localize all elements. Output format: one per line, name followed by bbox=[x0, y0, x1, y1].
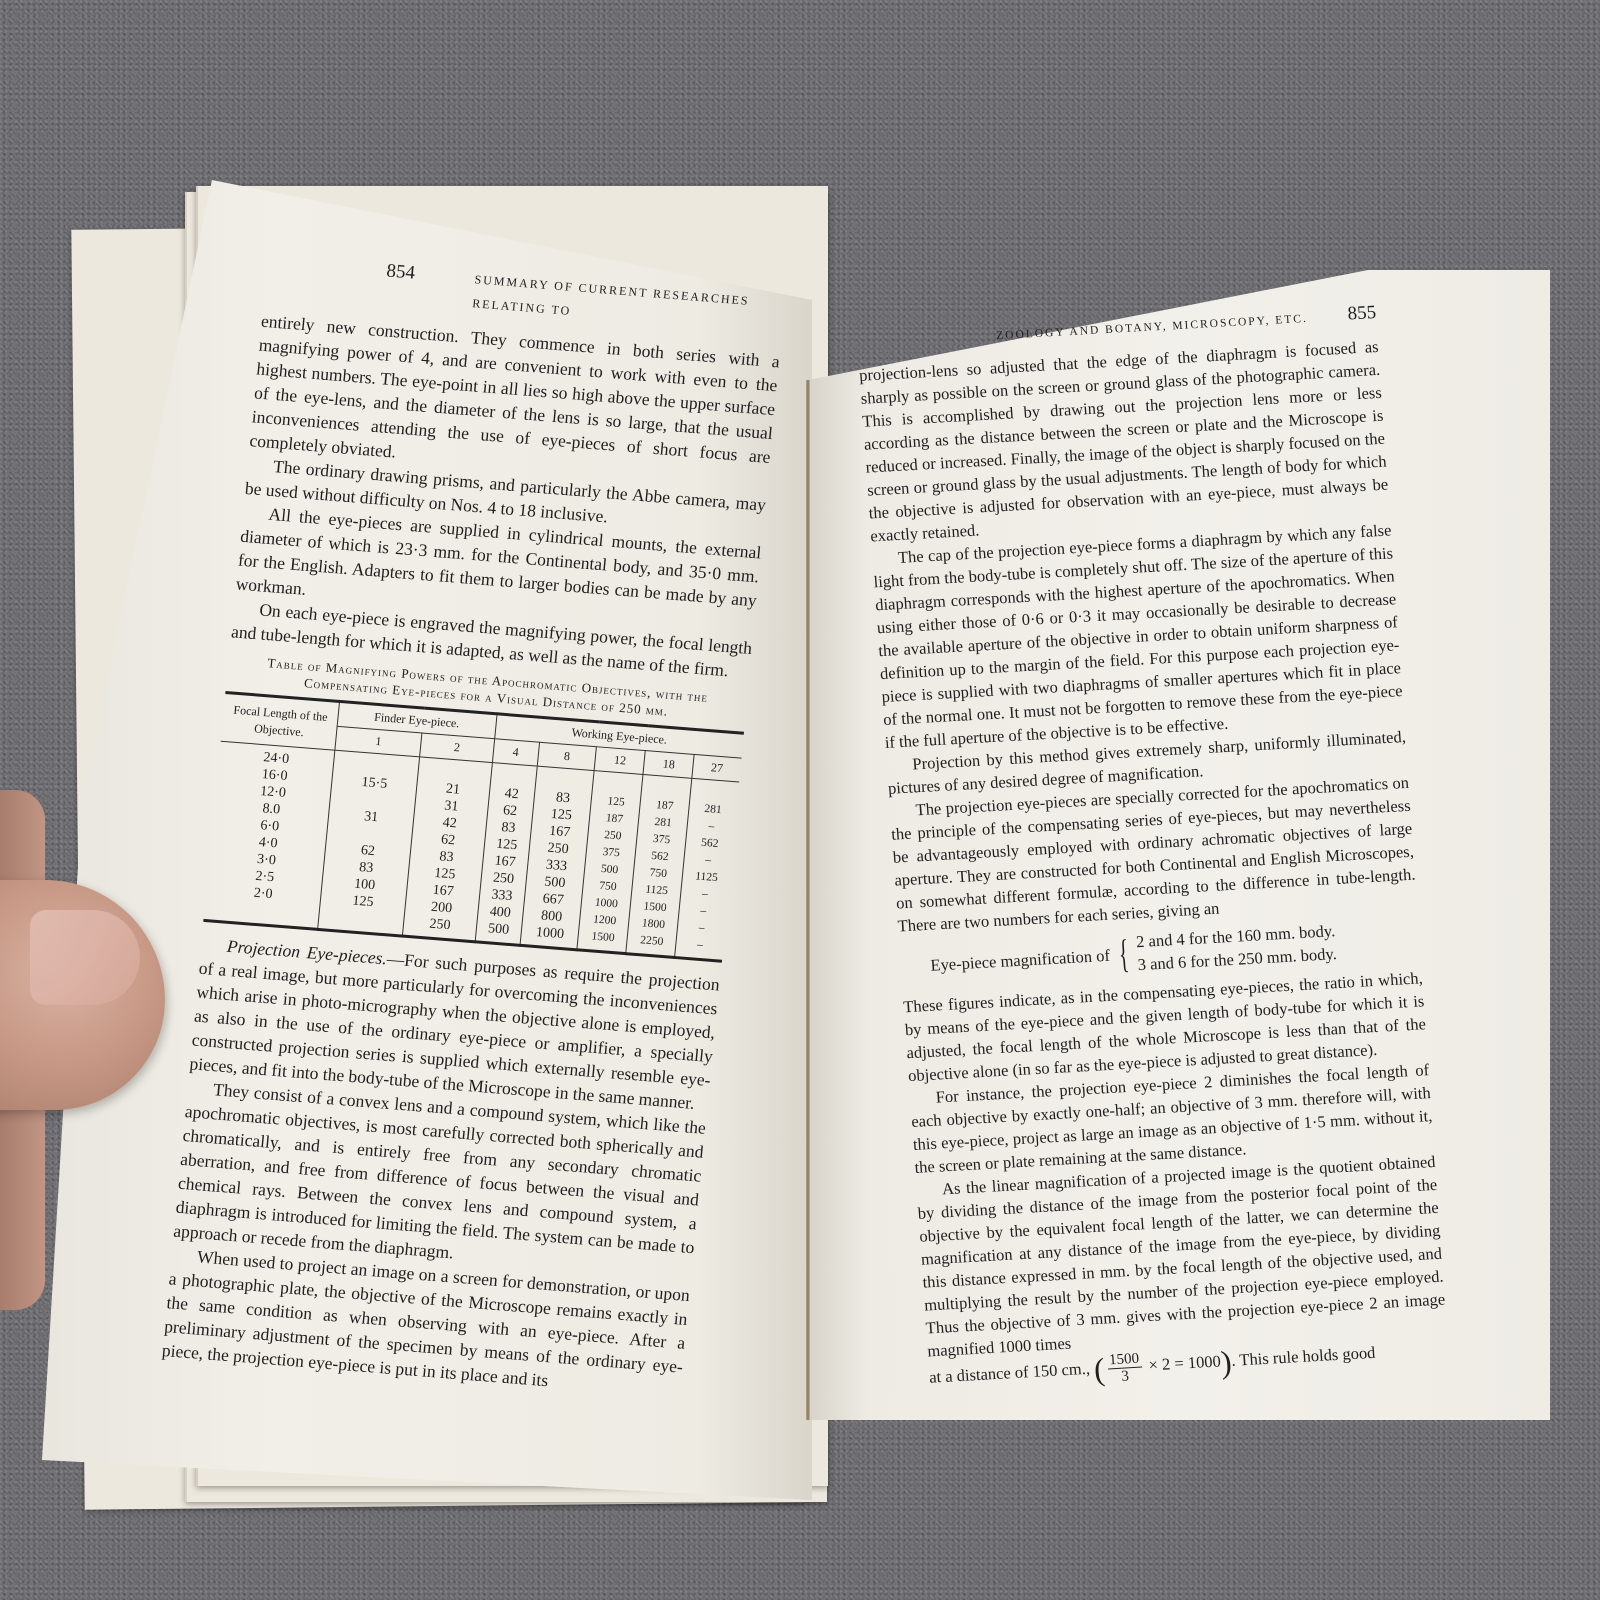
right-page-content: Zoology and Botany, Microscopy, etc. 855… bbox=[856, 301, 1450, 1395]
equation-prefix: at a distance of 150 cm., bbox=[929, 1359, 1091, 1387]
page-number: 854 bbox=[385, 259, 416, 285]
table-cell: – bbox=[678, 935, 722, 955]
header-eyepiece-27: 27 bbox=[692, 754, 741, 782]
paragraph: projection-lens so adjusted that the edg… bbox=[858, 335, 1390, 548]
formula-values: 2 and 4 for the 160 mm. body. 3 and 6 fo… bbox=[1135, 919, 1337, 976]
paragraph: As the linear magnification of a project… bbox=[915, 1150, 1447, 1363]
left-page-content: 854 Summary of Current Researches relati… bbox=[161, 250, 787, 1403]
paragraph: The projection eye-pieces are specially … bbox=[889, 771, 1418, 938]
formula-label: Eye-piece magnification of bbox=[930, 943, 1111, 976]
table-cell: 1000 bbox=[523, 923, 577, 944]
header-focal-length: Focal Length of the Objective. bbox=[221, 692, 340, 750]
thumbnail bbox=[30, 910, 140, 1005]
column-focal-length: 24·016·012·08.06·04·03·02·52·0 bbox=[203, 741, 334, 929]
page-number: 855 bbox=[1347, 301, 1377, 326]
book-gutter bbox=[806, 380, 810, 1420]
fraction-numerator: 1500 bbox=[1107, 1351, 1142, 1370]
paren-open: ( bbox=[1093, 1351, 1106, 1388]
equation-result: × 2 = 1000 bbox=[1148, 1351, 1221, 1374]
table-cell: 2250 bbox=[629, 931, 674, 951]
header-eyepiece-4: 4 bbox=[492, 739, 540, 766]
table-cell: 1500 bbox=[580, 928, 625, 948]
fraction-denominator: 3 bbox=[1121, 1368, 1130, 1384]
paragraph: The cap of the projection eye-piece form… bbox=[871, 518, 1405, 754]
table-cell: 500 bbox=[478, 920, 520, 940]
brace-icon: { bbox=[1117, 934, 1129, 974]
fraction: 15003 bbox=[1107, 1351, 1143, 1386]
equation-suffix: . This rule holds good bbox=[1231, 1343, 1376, 1370]
magnifying-powers-table: Focal Length of the Objective. Finder Ey… bbox=[203, 691, 744, 963]
